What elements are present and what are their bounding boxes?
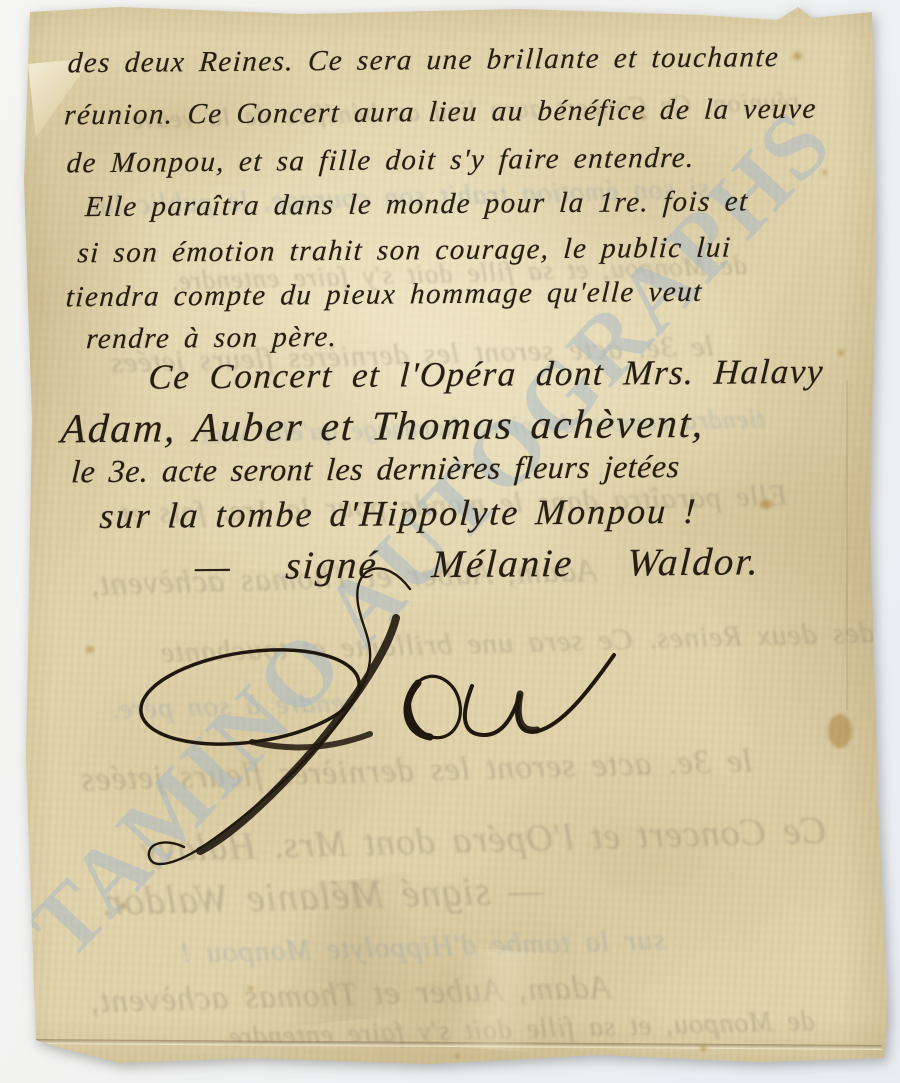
letter-body: des deux Reines. Ce sera une brillante e… xyxy=(0,0,900,1083)
letter-paper: réunion. Ce Concert aura lieu au bénéfic… xyxy=(0,0,900,1083)
manuscript-line-7: rendre à son père. xyxy=(85,323,338,354)
manuscript-line-5: si son émotion trahit son courage, le pu… xyxy=(77,234,733,269)
signature-line: — signé Mélanie Waldor. xyxy=(194,542,761,586)
manuscript-line-6: tiendra compte du pieux hommage qu'elle … xyxy=(65,278,704,313)
manuscript-line-3: de Monpou, et sa fille doit s'y faire en… xyxy=(66,144,696,179)
paper-wrapper: réunion. Ce Concert aura lieu au bénéfic… xyxy=(0,0,900,1083)
manuscript-line-11: sur la tombe d'Hippolyte Monpou ! xyxy=(99,493,699,534)
manuscript-line-2: réunion. Ce Concert aura lieu au bénéfic… xyxy=(63,95,817,131)
manuscript-line-4: Elle paraîtra dans le monde pour la 1re.… xyxy=(84,187,749,222)
manuscript-line-9: Adam, Auber et Thomas achèvent, xyxy=(60,403,706,450)
manuscript-line-1: des deux Reines. Ce sera une brillante e… xyxy=(67,43,780,78)
scanned-letter-page: réunion. Ce Concert aura lieu au bénéfic… xyxy=(0,0,900,1083)
manuscript-line-8: Ce Concert et l'Opéra dont Mrs. Halavy xyxy=(147,354,825,395)
manuscript-line-10: le 3e. acte seront les dernières fleurs … xyxy=(70,450,680,487)
